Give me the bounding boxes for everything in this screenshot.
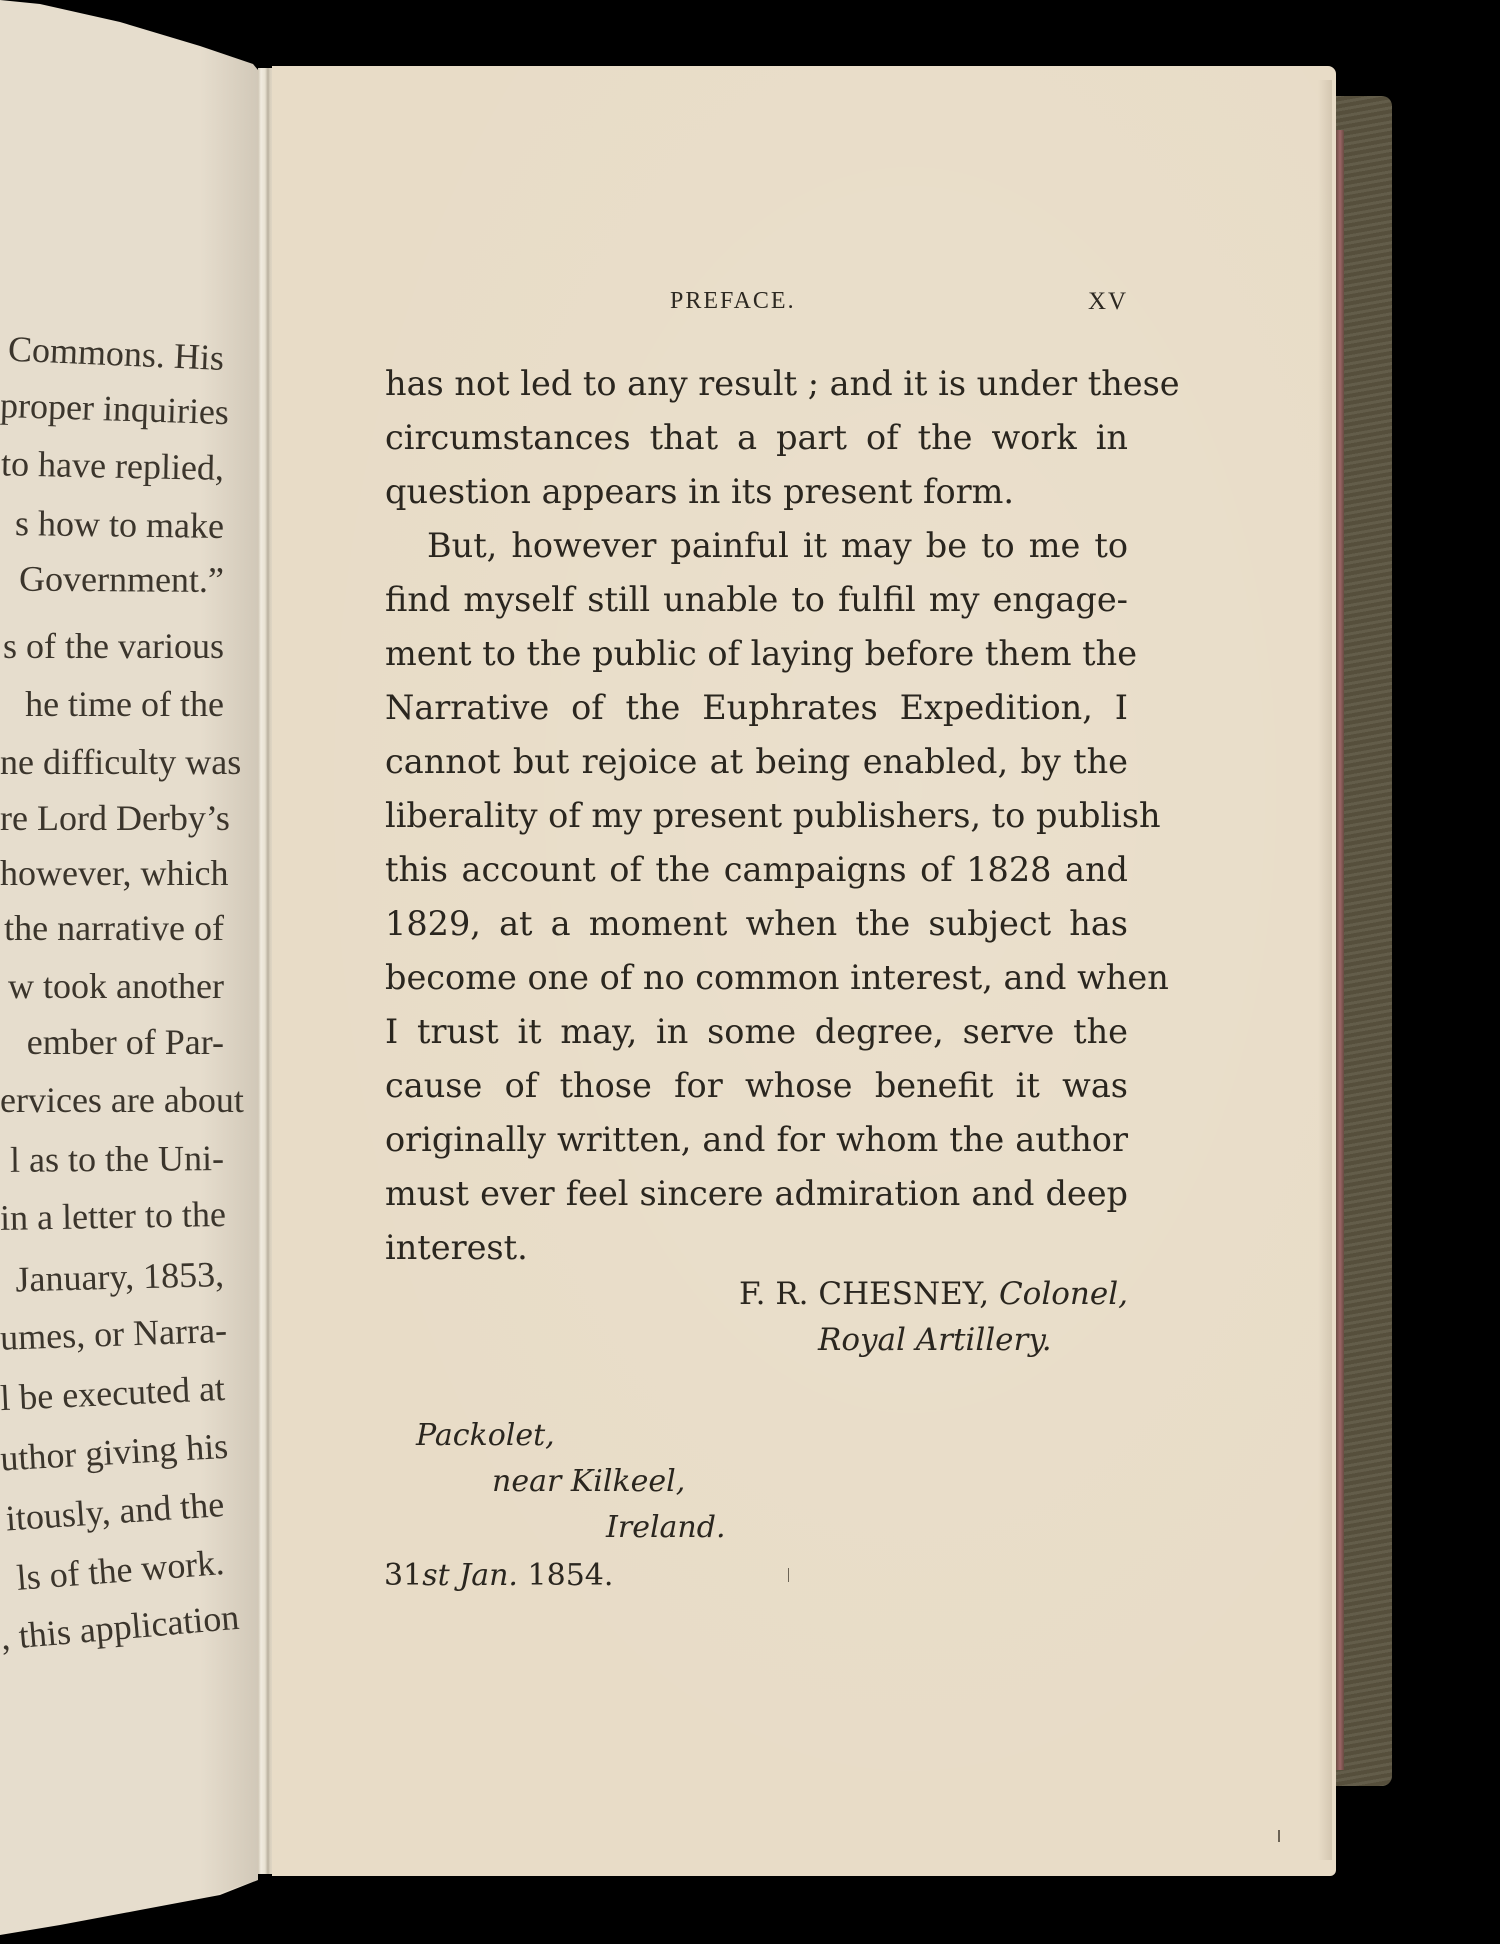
body-line: But, however painful it may be to me to [385, 519, 1128, 573]
preface-body: has not led to any result ; and it is un… [385, 357, 1128, 1275]
date-suffix: st [422, 1558, 449, 1593]
page-number: XV [1088, 288, 1128, 316]
body-line: originally written, and for whom the aut… [385, 1113, 1128, 1167]
signature-rank: Colonel, [999, 1276, 1128, 1312]
left-page-line: in a letter to the [0, 1196, 224, 1236]
date-day: 31 [384, 1558, 422, 1593]
body-line: I trust it may, in some degree, serve th… [385, 1005, 1128, 1059]
left-page-line: ne difficulty was [0, 744, 224, 780]
address-line-3: Ireland. [606, 1510, 726, 1545]
left-page-line: ervices are about [0, 1082, 224, 1118]
address-line-2: near Kilkeel, [492, 1464, 685, 1499]
left-page-line: umes, or Narra- [0, 1312, 225, 1356]
date-year: 1854. [528, 1558, 614, 1593]
left-page-line: Government.” [0, 560, 224, 598]
signature-name: F. R. CHESNEY, [739, 1276, 989, 1312]
body-line: ment to the public of laying before them… [385, 627, 1128, 681]
cover-red-edge [1336, 130, 1344, 1770]
body-line: cannot but rejoice at being enabled, by … [385, 735, 1128, 789]
date-line: 31st Jan. 1854. [384, 1558, 613, 1593]
body-line: has not led to any result ; and it is un… [385, 357, 1128, 411]
body-line: 1829, at a moment when the subject has [385, 897, 1128, 951]
body-line: Narrative of the Euphrates Expedition, I [385, 681, 1128, 735]
left-page-line: re Lord Derby’s [0, 800, 224, 836]
body-line: this account of the campaigns of 1828 an… [385, 843, 1128, 897]
paper-speck [788, 1568, 789, 1582]
left-page-line: w took another [0, 968, 224, 1004]
body-line: find myself still unable to fulfil my en… [385, 573, 1128, 627]
body-line: become one of no common interest, and wh… [385, 951, 1128, 1005]
body-line: liberality of my present publishers, to … [385, 789, 1128, 843]
left-page-line: proper inquiries [0, 387, 225, 430]
left-page-line: Commons. His [0, 330, 225, 376]
left-page-line: he time of the [0, 686, 224, 722]
left-page-line: l be executed at [0, 1370, 225, 1416]
right-page-edge-shadow [1318, 80, 1332, 1860]
address-line-1: Packolet, [416, 1418, 555, 1453]
running-head: PREFACE. [670, 288, 796, 315]
left-page-line: l as to the Uni- [0, 1140, 224, 1178]
left-page-line: however, which [0, 855, 224, 891]
left-page-line: ember of Par- [0, 1024, 224, 1060]
signature-unit: Royal Artillery. [818, 1322, 1052, 1358]
body-line: question appears in its present form. [385, 465, 1128, 519]
body-line: circumstances that a part of the work in [385, 411, 1128, 465]
body-line: interest. [385, 1221, 1128, 1275]
body-line: must ever feel sincere admiration and de… [385, 1167, 1128, 1221]
date-month: Jan. [459, 1558, 518, 1593]
signature-name-line: F. R. CHESNEY, Colonel, [739, 1276, 1128, 1312]
left-page-line: January, 1853, [0, 1256, 224, 1298]
left-page-line: the narrative of [0, 910, 224, 946]
body-line: cause of those for whose benefit it was [385, 1059, 1128, 1113]
left-page-line: to have replied, [0, 445, 224, 486]
paper-speck [1278, 1830, 1280, 1842]
left-page-line: s of the various [0, 628, 224, 664]
left-page-line: s how to make [0, 505, 224, 544]
